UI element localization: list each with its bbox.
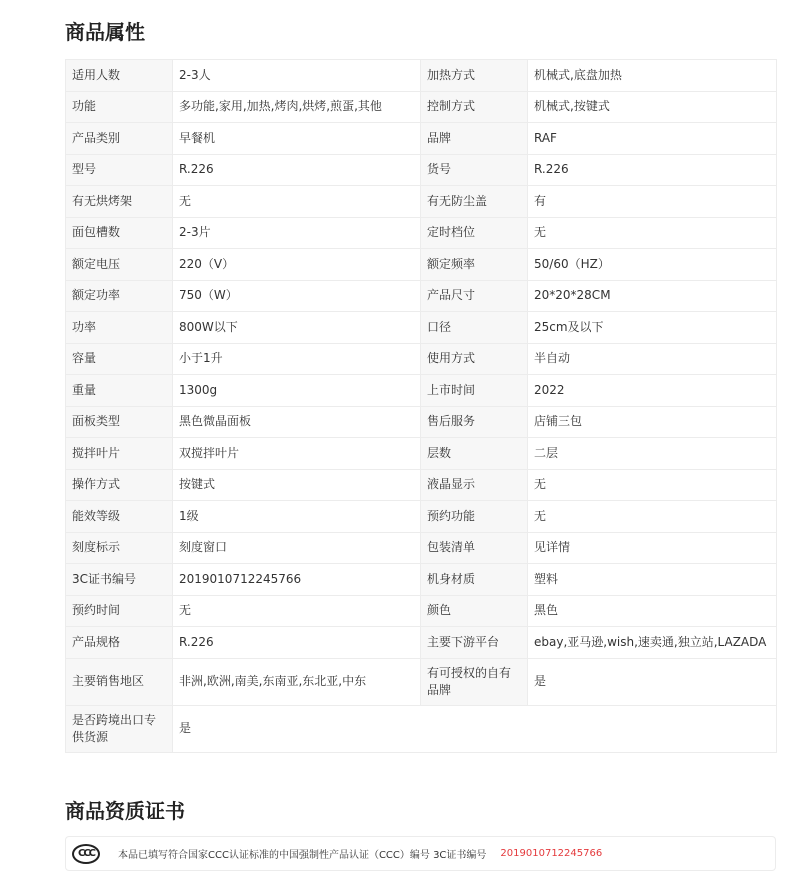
attribute-value: 750（W） — [173, 280, 421, 312]
attribute-label: 货号 — [421, 154, 528, 186]
attribute-value: 是 — [173, 705, 777, 752]
ccc-icon: CCC — [72, 844, 100, 864]
attribute-label: 上市时间 — [421, 375, 528, 407]
attribute-label: 额定电压 — [66, 249, 173, 281]
ccc-certificate-box: CCC 本品已填写符合国家CCC认证标准的中国强制性产品认证（CCC）编号 3C… — [65, 836, 776, 871]
table-row: 功率800W以下口径25cm及以下 — [66, 312, 777, 344]
attribute-label: 产品尺寸 — [421, 280, 528, 312]
attribute-value: 2-3人 — [173, 60, 421, 92]
attribute-value: 2022 — [528, 375, 777, 407]
attribute-label: 额定功率 — [66, 280, 173, 312]
table-row: 能效等级1级预约功能无 — [66, 501, 777, 533]
attribute-label: 包装清单 — [421, 532, 528, 564]
attribute-value: 机械式,按键式 — [528, 91, 777, 123]
attribute-value: 塑料 — [528, 564, 777, 596]
table-row: 功能多功能,家用,加热,烤肉,烘烤,煎蛋,其他控制方式机械式,按键式 — [66, 91, 777, 123]
table-row: 搅拌叶片双搅拌叶片层数二层 — [66, 438, 777, 470]
attribute-value: 220（V） — [173, 249, 421, 281]
attribute-value: 无 — [173, 595, 421, 627]
table-row: 预约时间无颜色黑色 — [66, 595, 777, 627]
attribute-label: 控制方式 — [421, 91, 528, 123]
attribute-label: 是否跨境出口专供货源 — [66, 705, 173, 752]
attribute-label: 预约功能 — [421, 501, 528, 533]
attribute-value: 1级 — [173, 501, 421, 533]
attribute-value: ebay,亚马逊,wish,速卖通,独立站,LAZADA — [528, 627, 777, 659]
attributes-table: 适用人数2-3人加热方式机械式,底盘加热功能多功能,家用,加热,烤肉,烘烤,煎蛋… — [65, 59, 777, 753]
attribute-value: 2-3片 — [173, 217, 421, 249]
table-row: 容量小于1升使用方式半自动 — [66, 343, 777, 375]
table-row: 产品规格R.226主要下游平台ebay,亚马逊,wish,速卖通,独立站,LAZ… — [66, 627, 777, 659]
attribute-label: 额定频率 — [421, 249, 528, 281]
attribute-value: 无 — [173, 186, 421, 218]
attribute-value: 无 — [528, 217, 777, 249]
certificate-text: 本品已填写符合国家CCC认证标准的中国强制性产品认证（CCC）编号 3C证书编号 — [118, 846, 486, 861]
attribute-label: 刻度标示 — [66, 532, 173, 564]
attribute-label: 售后服务 — [421, 406, 528, 438]
attribute-label: 操作方式 — [66, 469, 173, 501]
table-row: 是否跨境出口专供货源是 — [66, 705, 777, 752]
attribute-label: 型号 — [66, 154, 173, 186]
attribute-value: 50/60（HZ） — [528, 249, 777, 281]
attribute-label: 3C证书编号 — [66, 564, 173, 596]
attribute-value: R.226 — [528, 154, 777, 186]
table-row: 面板类型黑色微晶面板售后服务店铺三包 — [66, 406, 777, 438]
attribute-label: 适用人数 — [66, 60, 173, 92]
attribute-label: 层数 — [421, 438, 528, 470]
attribute-value: 2019010712245766 — [173, 564, 421, 596]
attribute-label: 液晶显示 — [421, 469, 528, 501]
table-row: 操作方式按键式液晶显示无 — [66, 469, 777, 501]
attribute-label: 主要下游平台 — [421, 627, 528, 659]
attribute-label: 面包槽数 — [66, 217, 173, 249]
table-row: 适用人数2-3人加热方式机械式,底盘加热 — [66, 60, 777, 92]
attribute-value: 非洲,欧洲,南美,东南亚,东北亚,中东 — [173, 658, 421, 705]
attribute-label: 加热方式 — [421, 60, 528, 92]
attribute-label: 产品类别 — [66, 123, 173, 155]
attribute-value: 800W以下 — [173, 312, 421, 344]
table-row: 型号R.226货号R.226 — [66, 154, 777, 186]
table-row: 主要销售地区非洲,欧洲,南美,东南亚,东北亚,中东有可授权的自有品牌是 — [66, 658, 777, 705]
attribute-label: 重量 — [66, 375, 173, 407]
attribute-value: 有 — [528, 186, 777, 218]
attribute-label: 定时档位 — [421, 217, 528, 249]
attribute-value: 见详情 — [528, 532, 777, 564]
attribute-value: 刻度窗口 — [173, 532, 421, 564]
table-row: 产品类别早餐机品牌RAF — [66, 123, 777, 155]
attribute-label: 产品规格 — [66, 627, 173, 659]
attribute-label: 有无防尘盖 — [421, 186, 528, 218]
table-row: 面包槽数2-3片定时档位无 — [66, 217, 777, 249]
attribute-label: 有可授权的自有品牌 — [421, 658, 528, 705]
attribute-label: 品牌 — [421, 123, 528, 155]
attribute-value: 小于1升 — [173, 343, 421, 375]
attribute-value: 无 — [528, 501, 777, 533]
attribute-label: 面板类型 — [66, 406, 173, 438]
attribute-value: 黑色 — [528, 595, 777, 627]
attribute-value: 双搅拌叶片 — [173, 438, 421, 470]
table-row: 额定功率750（W）产品尺寸20*20*28CM — [66, 280, 777, 312]
attribute-label: 使用方式 — [421, 343, 528, 375]
attribute-value: 半自动 — [528, 343, 777, 375]
attribute-value: 1300g — [173, 375, 421, 407]
attribute-value: 店铺三包 — [528, 406, 777, 438]
attribute-value: 25cm及以下 — [528, 312, 777, 344]
table-row: 刻度标示刻度窗口包装清单见详情 — [66, 532, 777, 564]
attribute-label: 颜色 — [421, 595, 528, 627]
attribute-label: 功率 — [66, 312, 173, 344]
table-row: 有无烘烤架无有无防尘盖有 — [66, 186, 777, 218]
attribute-value: 二层 — [528, 438, 777, 470]
attribute-label: 容量 — [66, 343, 173, 375]
attribute-label: 主要销售地区 — [66, 658, 173, 705]
attributes-section-title: 商品属性 — [65, 16, 145, 45]
certificates-section-title: 商品资质证书 — [65, 795, 185, 824]
attribute-label: 预约时间 — [66, 595, 173, 627]
attribute-label: 机身材质 — [421, 564, 528, 596]
attribute-value: 多功能,家用,加热,烤肉,烘烤,煎蛋,其他 — [173, 91, 421, 123]
table-row: 3C证书编号2019010712245766机身材质塑料 — [66, 564, 777, 596]
attribute-value: 20*20*28CM — [528, 280, 777, 312]
attribute-value: 是 — [528, 658, 777, 705]
attribute-value: RAF — [528, 123, 777, 155]
attribute-value: R.226 — [173, 154, 421, 186]
attribute-value: R.226 — [173, 627, 421, 659]
attribute-label: 口径 — [421, 312, 528, 344]
attribute-value: 黑色微晶面板 — [173, 406, 421, 438]
attribute-label: 能效等级 — [66, 501, 173, 533]
attribute-value: 按键式 — [173, 469, 421, 501]
table-row: 重量1300g上市时间2022 — [66, 375, 777, 407]
table-row: 额定电压220（V）额定频率50/60（HZ） — [66, 249, 777, 281]
attribute-label: 搅拌叶片 — [66, 438, 173, 470]
attribute-value: 早餐机 — [173, 123, 421, 155]
certificate-number: 2019010712245766 — [500, 848, 602, 859]
attribute-value: 机械式,底盘加热 — [528, 60, 777, 92]
attribute-label: 功能 — [66, 91, 173, 123]
attribute-label: 有无烘烤架 — [66, 186, 173, 218]
attribute-value: 无 — [528, 469, 777, 501]
